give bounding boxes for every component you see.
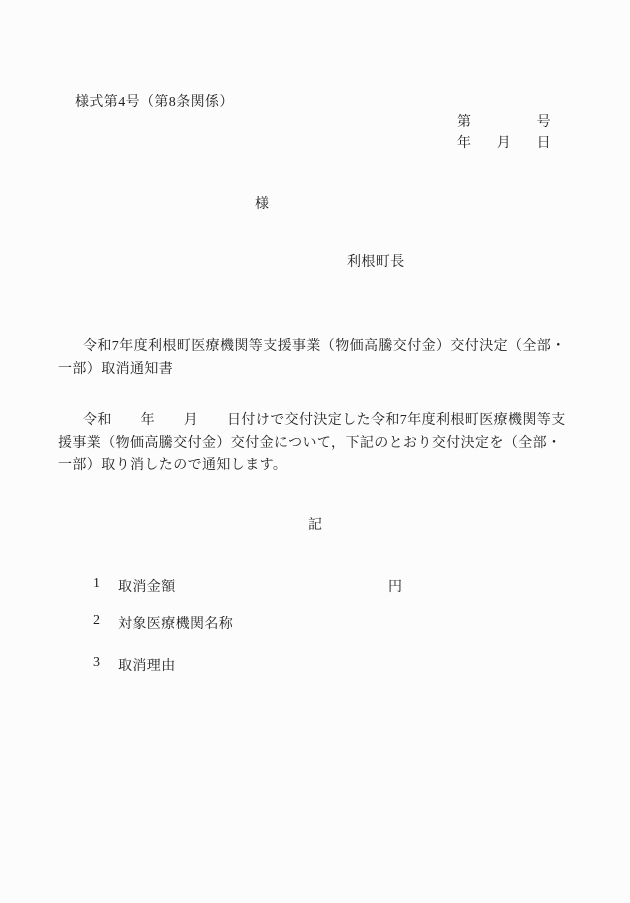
item-unit-yen: 円 [388, 576, 402, 596]
doc-number-prefix: 第 [457, 113, 471, 133]
item-row-institution-name: 2 対象医療機関名称 [0, 613, 630, 633]
document-number-line: 第 号 [457, 113, 551, 133]
item-number: 1 [93, 576, 100, 592]
item-number: 3 [93, 655, 100, 671]
date-line: 年 月 日 [457, 134, 551, 154]
item-label-institution-name: 対象医療機関名称 [118, 613, 233, 633]
date-day-label: 日 [537, 134, 551, 154]
item-number: 2 [93, 613, 100, 629]
body-paragraph-line-3: 一部）取り消したので通知します。 [58, 456, 287, 476]
record-marker: 記 [0, 516, 630, 536]
item-label-cancellation-amount: 取消金額 [118, 576, 176, 596]
document-title-line-1: 令和7年度利根町医療機関等支援事業（物価高騰交付金）交付決定（全部・ [58, 337, 566, 357]
body-paragraph-line-2: 援事業（物価高騰交付金）交付金について，下記のとおり交付決定を（全部・ [58, 434, 561, 454]
item-row-cancellation-reason: 3 取消理由 [0, 655, 630, 675]
document-page: 様式第4号（第8条関係） 第 号 年 月 日 様 利根町長 令和7年度利根町医療… [0, 0, 630, 903]
form-number-label: 様式第4号（第8条関係） [75, 93, 234, 113]
document-title-line-2: 一部）取消通知書 [58, 360, 173, 380]
item-label-cancellation-reason: 取消理由 [118, 655, 176, 675]
date-month-label: 月 [497, 134, 511, 154]
item-row-cancellation-amount: 1 取消金額 円 [0, 576, 630, 596]
date-year-label: 年 [457, 134, 471, 154]
recipient-honorific: 様 [255, 195, 269, 215]
body-paragraph-line-1: 令和 年 月 日付けで交付決定した令和7年度利根町医療機関等支 [58, 411, 566, 431]
sender-title: 利根町長 [347, 253, 405, 273]
doc-number-suffix: 号 [537, 113, 551, 133]
